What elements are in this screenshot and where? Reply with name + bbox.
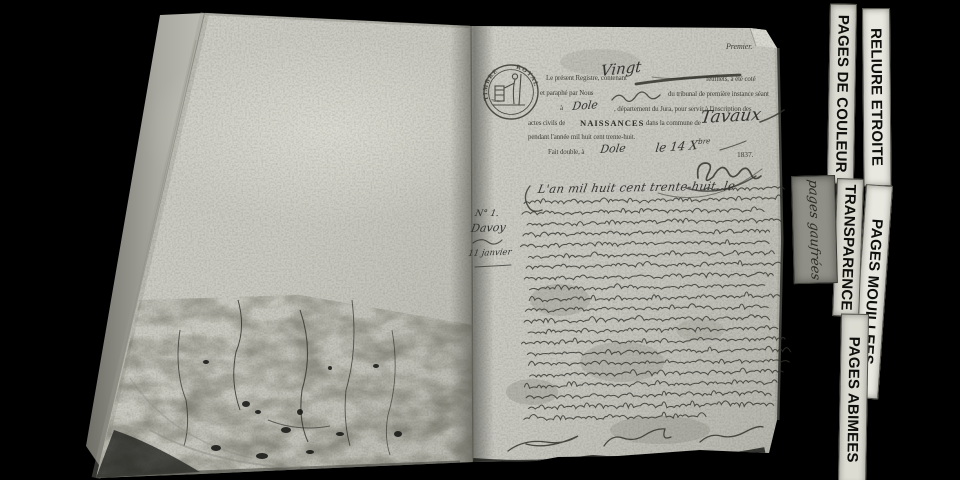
margin-name: Davoy [471,221,506,235]
header-line2-post: du tribunal de première instance séant [668,91,769,98]
header-line4-mid: dans la commune de [646,120,701,127]
label-text: TRANSPARENCE [837,184,858,311]
margin-act-number: N° 1. [475,209,499,219]
handwritten-condition-tag: pages gaufrées [791,175,838,284]
header-line1-post: feuillets, a été coté [706,76,756,83]
tag-text: pages gaufrées [806,178,824,280]
header-line4-pre: actes civils de [528,120,565,127]
header-naissances: NAISSANCES [580,118,644,128]
handwritten-fait-place: Dole [600,142,626,156]
condition-label-reliure-etroite: RELIURE ETROITE [862,8,892,186]
stamp-value: 70 c. [491,98,500,103]
handwritten-tribunal-place: Dole [572,98,598,113]
sheet-marker: Premier. [726,42,752,51]
header-line6-pre: Fait double, à [548,149,584,156]
label-text: PAGES ABIMEES [844,337,863,463]
condition-label-pages-de-couleur: PAGES DE COULEUR [827,4,857,184]
header-line2-pre: et paraphé par Nous [540,90,593,97]
header-line5: pendant l'année mil huit cent trente-hui… [528,134,635,141]
handwritten-commune: Tavaux [700,105,761,128]
microfilm-frame: TIMBRE ROYAL 70 c. [0,0,960,480]
condition-label-transparence: TRANSPARENCE [832,178,864,317]
label-text: PAGES DE COULEUR [832,15,852,173]
margin-date: 11 janvier [468,247,512,259]
header-line3-pre: à [560,105,563,112]
condition-label-pages-abimees: PAGES ABIMEES [838,314,869,480]
label-text: RELIURE ETROITE [868,28,886,166]
printed-year: 1837. [737,150,753,159]
